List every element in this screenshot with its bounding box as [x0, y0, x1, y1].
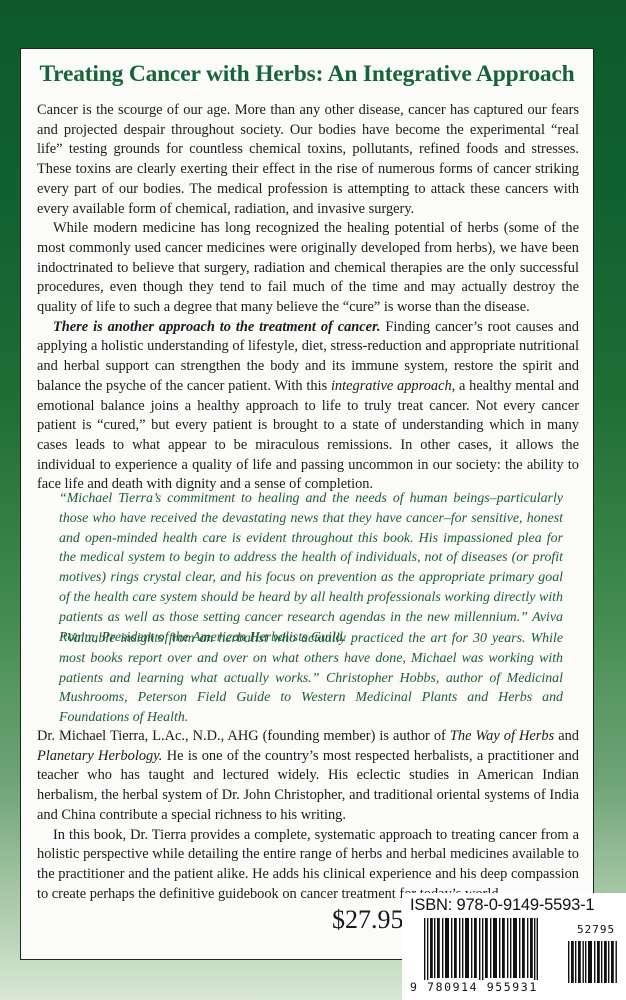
- price-label: $27.95: [332, 905, 404, 935]
- author-bio: Dr. Michael Tierra, L.Ac., N.D., AHG (fo…: [37, 727, 579, 904]
- quote-1-text: “Michael Tierra’s commitment to healing …: [59, 491, 563, 625]
- intro-text: Cancer is the scourge of our age. More t…: [37, 101, 579, 495]
- bio-p1-part-a: Dr. Michael Tierra, L.Ac., N.D., AHG (fo…: [37, 728, 450, 744]
- testimonial-quote-2: “Valuable insights from an herbalist who…: [59, 629, 563, 728]
- intro-paragraph-2: While modern medicine has long recognize…: [37, 219, 579, 318]
- intro-paragraph-3: There is another approach to the treatme…: [37, 318, 579, 495]
- intro-lead-sentence: There is another approach to the treatme…: [53, 319, 380, 335]
- book-title: Treating Cancer with Herbs: An Integrati…: [21, 61, 593, 88]
- bio-paragraph-1: Dr. Michael Tierra, L.Ac., N.D., AHG (fo…: [37, 727, 579, 826]
- isbn-label: ISBN: 978-0-9149-5593-1: [410, 896, 594, 915]
- addon-barcode-icon: [568, 941, 618, 983]
- testimonial-quote-1: “Michael Tierra’s commitment to healing …: [59, 489, 563, 647]
- intro-p3-part-b: , a healthy mental and emotional balance…: [37, 378, 579, 493]
- intro-paragraph-1: Cancer is the scourge of our age. More t…: [37, 101, 579, 219]
- book-title-way-of-herbs: The Way of Herbs: [450, 728, 554, 744]
- ean13-barcode-icon: [424, 918, 538, 983]
- integrative-approach-term: integrative approach: [331, 378, 452, 394]
- isbn-barcode: ISBN: 978-0-9149-5593-1 52795: [402, 893, 626, 1000]
- bio-p1-part-b: and: [554, 728, 579, 744]
- ean13-digits: 9 780914 955931: [410, 980, 538, 994]
- price-addon-number: 52795: [577, 923, 615, 936]
- back-cover-panel: Treating Cancer with Herbs: An Integrati…: [20, 48, 594, 960]
- book-title-planetary-herbology: Planetary Herbology.: [37, 748, 162, 764]
